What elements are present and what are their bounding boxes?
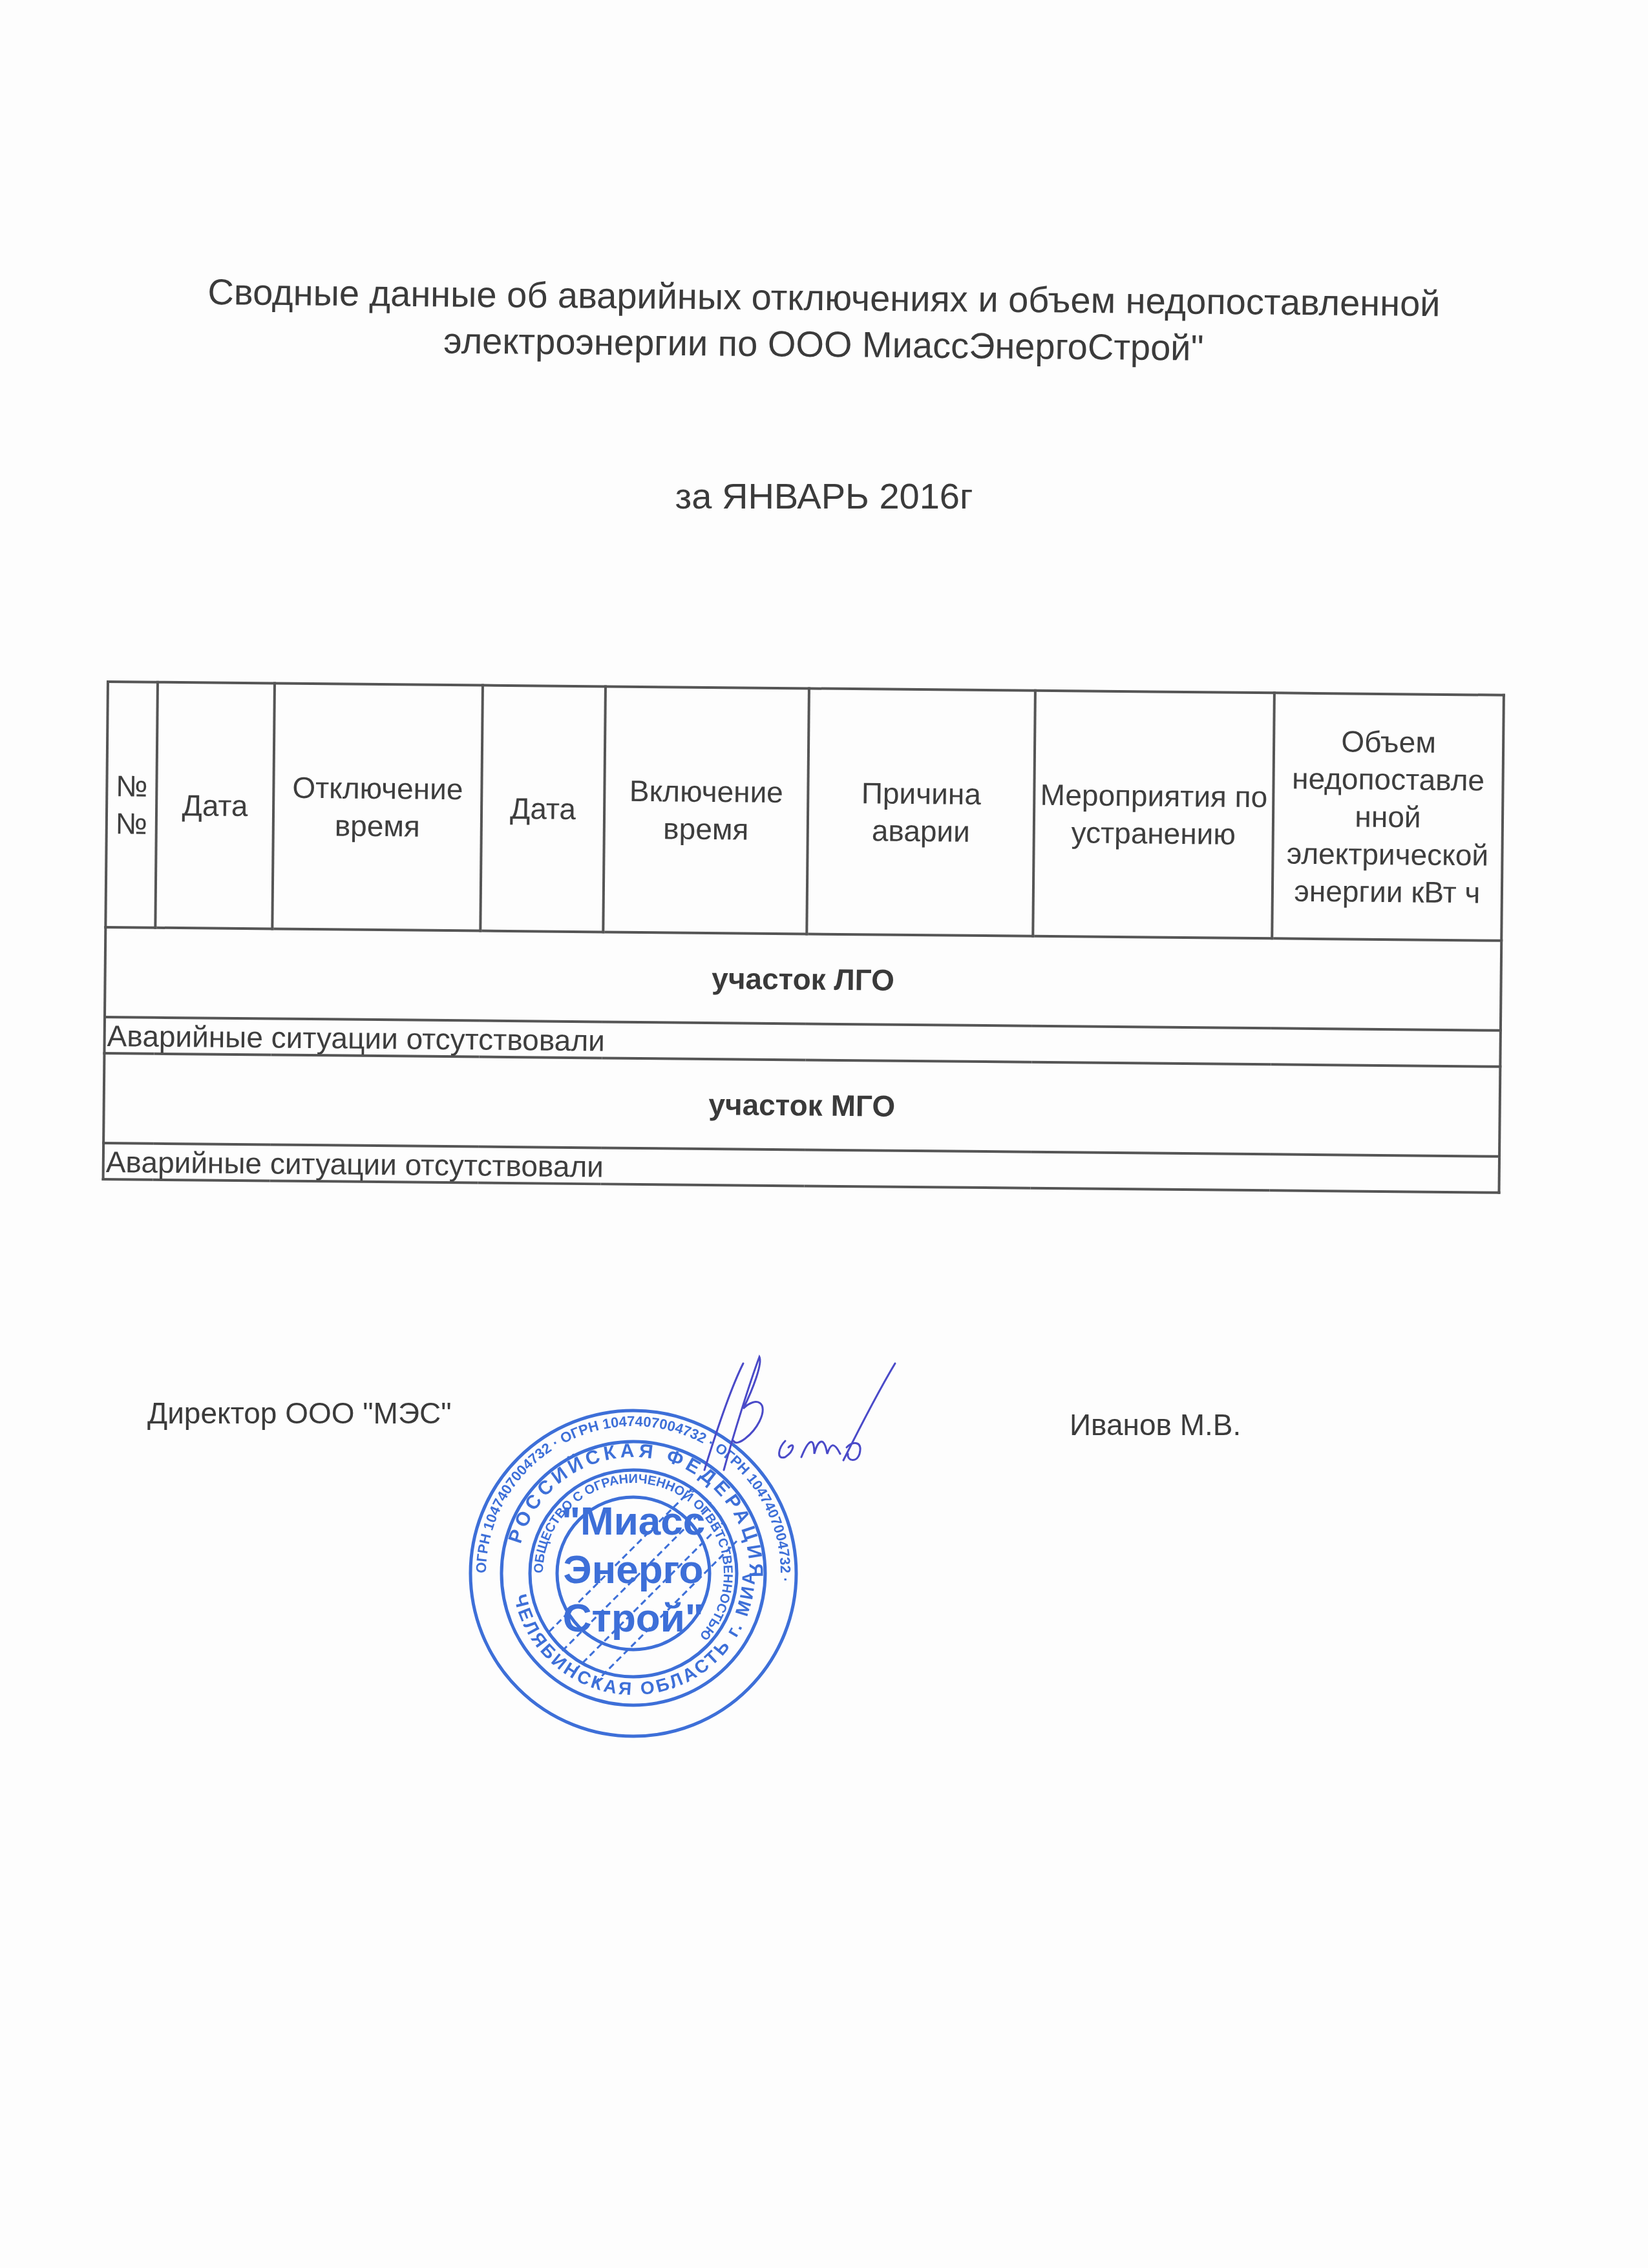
svg-text:"Миасс: "Миасс <box>562 1499 706 1544</box>
signatory-name: Иванов М.В. <box>1070 1407 1241 1442</box>
outage-table-container: № № Дата Отключение время Дата Включение… <box>102 680 1503 1194</box>
section-row-mgo: участок МГО <box>103 1053 1500 1157</box>
svg-text:Строй": Строй" <box>563 1596 704 1641</box>
col-number: № № <box>105 682 158 928</box>
col-undelivered-energy: Объем недопоставле нной электрической эн… <box>1272 693 1504 940</box>
signatory-position: Директор ООО "МЭС" <box>147 1396 452 1431</box>
section-title: участок МГО <box>103 1053 1500 1157</box>
col-off-time: Отключение время <box>272 683 483 930</box>
col-off-date: Дата <box>155 682 275 929</box>
report-period: за ЯНВАРЬ 2016г <box>0 475 1648 517</box>
col-on-time: Включение время <box>603 686 809 934</box>
col-measures: Мероприятия по устранению <box>1033 691 1274 939</box>
table-header-row: № № Дата Отключение время Дата Включение… <box>105 682 1504 941</box>
handwritten-signature-icon <box>698 1350 944 1480</box>
svg-text:Энерго: Энерго <box>564 1548 704 1592</box>
document-page: Сводные данные об аварийных отключениях … <box>0 0 1648 2268</box>
section-row-lgo: участок ЛГО <box>105 927 1501 1031</box>
outage-table: № № Дата Отключение время Дата Включение… <box>102 680 1505 1194</box>
document-title: Сводные данные об аварийных отключениях … <box>0 267 1648 375</box>
col-on-date: Дата <box>480 686 606 932</box>
col-cause: Причина аварии <box>807 688 1035 936</box>
section-title: участок ЛГО <box>105 927 1501 1031</box>
title-line-1: Сводные данные об аварийных отключениях … <box>207 271 1441 324</box>
